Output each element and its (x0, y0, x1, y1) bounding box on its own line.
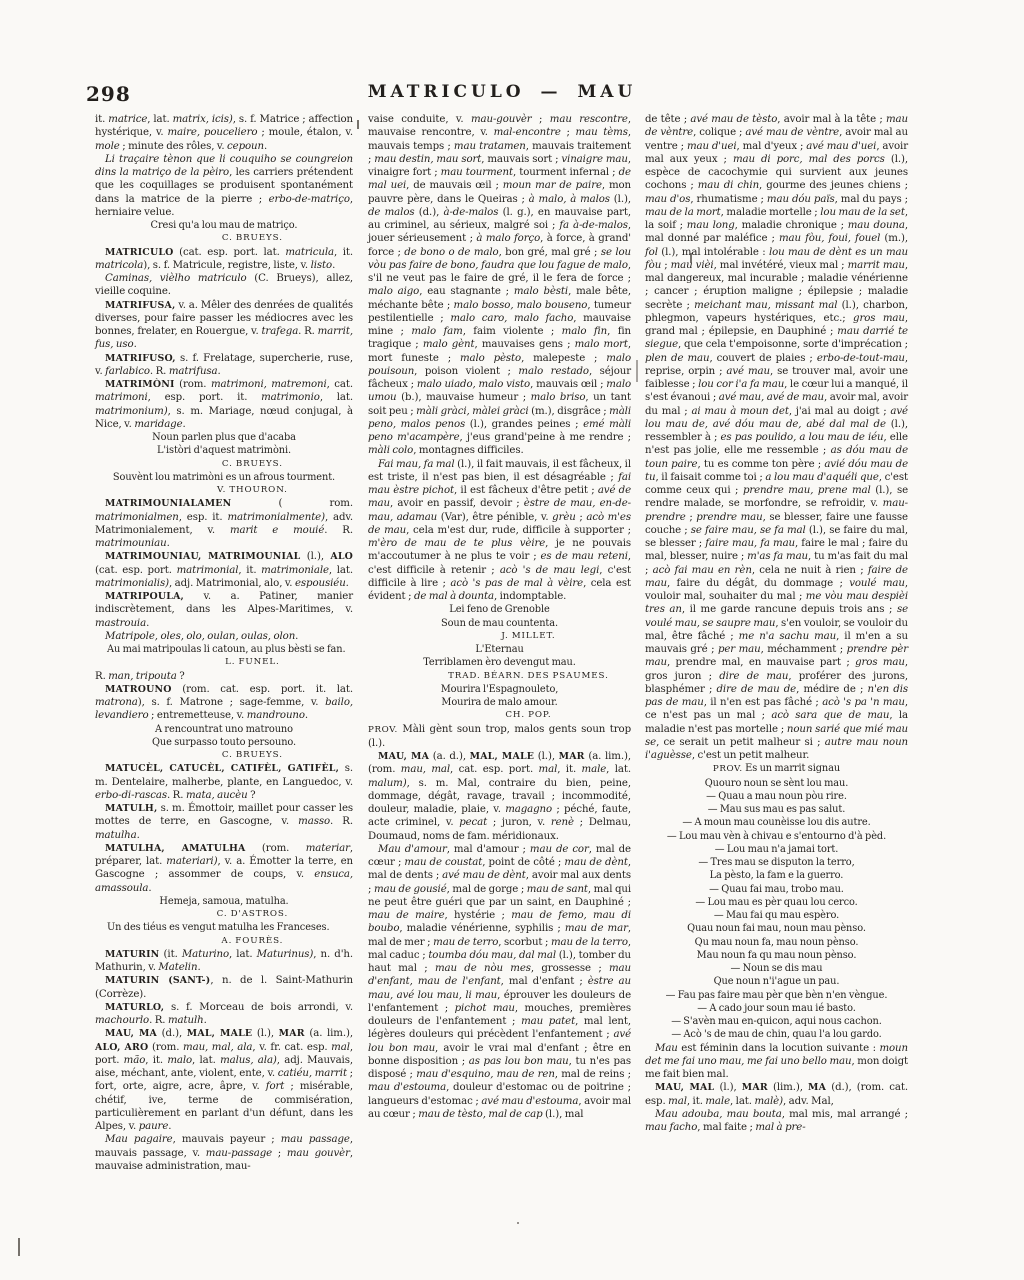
verse-line: Mau noun fa qu mau noun pènso. (645, 949, 908, 962)
verse-line: La pèsto, la fam e la guerro. (645, 869, 908, 882)
print-artifact (357, 120, 359, 129)
entry-paragraph: Li traçaire tènon que li couquiho se cou… (95, 153, 353, 219)
proverbs-block: PROV. Es un marrit signauQuouro noun se … (645, 762, 908, 1041)
entry-paragraph: Caminas, vièlho matriculo (C. Brueys), a… (95, 272, 353, 299)
verse-quote: Cresi qu'a lou mau de matriço. (95, 219, 353, 232)
print-artifact (690, 253, 692, 263)
verse-line: Que surpasso touto persouno. (95, 736, 353, 749)
verse-line: Hemeja, samoua, matulha. (95, 895, 353, 908)
verse-line: — Acò 's de mau de chin, quau l'a lou ga… (645, 1028, 908, 1041)
verse-quote: A rencountrat uno matrounoQue surpasso t… (95, 723, 353, 750)
attribution: TRAD. BÉARN. DES PSAUMES. (368, 670, 631, 683)
entry-paragraph: PROV. Màli gènt soun trop, malos gents s… (368, 723, 631, 751)
verse-line: — Mau fai qu mau espèro. (645, 909, 908, 922)
page-header: MATRICULO — MAU (0, 82, 1004, 102)
entry-paragraph: MATRIMOUNIAU, MATRIMOUNIAL (l.), ALO (ca… (95, 550, 353, 590)
entry-paragraph: MAU, MAL (l.), MAR (lim.), MA (d.), (rom… (645, 1081, 908, 1108)
verse-line: — Lou mau n'a jamai tort. (645, 843, 908, 856)
column-1: it. matrice, lat. matrix, icis), s. f. M… (95, 113, 353, 1173)
citation-line: Au mai matripoulas li catoun, au plus bè… (95, 643, 353, 656)
entry-paragraph: it. matrice, lat. matrix, icis), s. f. M… (95, 113, 353, 153)
verse-line: — Quau fai mau, trobo mau. (645, 883, 908, 896)
attribution: CH. POP. (368, 709, 631, 722)
entry-paragraph: MAU, MA (d.), MAL, MALE (l.), MAR (a. li… (95, 1027, 353, 1133)
verse-line: — Lou mau es pèr quau lou cerco. (645, 896, 908, 909)
verse-line: — Tres mau se disputon la terro, (645, 856, 908, 869)
attribution: J. MILLET. (368, 630, 631, 643)
dictionary-page: 298 MATRICULO — MAU it. matrice, lat. ma… (0, 0, 1024, 1280)
entry-paragraph: MATURLO, s. f. Morceau de bois arrondi, … (95, 1001, 353, 1028)
entry-paragraph: MATRIFUSA, v. a. Mêler des denrées de qu… (95, 299, 353, 352)
verse-line: Mourira l'Espagnouleto, (368, 683, 631, 696)
entry-paragraph: vaise conduite, v. mau-gouvèr ; mau resc… (368, 113, 631, 458)
verse-line: Soun de mau countenta. (368, 617, 631, 630)
column-2: vaise conduite, v. mau-gouvèr ; mau resc… (368, 113, 631, 1121)
verse-line: — Quau a mau noun pòu rire. (645, 790, 908, 803)
entry-paragraph: MAU, MA (a. d.), MAL, MALE (l.), MAR (a.… (368, 750, 631, 843)
entry-paragraph: Mau pagaire, mauvais payeur ; mau passag… (95, 1133, 353, 1173)
verse-line: — S'avèn mau en-quicon, aqui nous cachon… (645, 1015, 908, 1028)
entry-paragraph: MATRICULO (cat. esp. port. lat. matricul… (95, 246, 353, 273)
column-3: de tête ; avé mau de tèsto, avoir mal à … (645, 113, 908, 1134)
verse-quote: Noun parlen plus que d'acabaL'istòri d'a… (95, 431, 353, 458)
verse-quote: L'EternauTerriblamen èro devengut mau. (368, 643, 631, 670)
attribution: L. FUNEL. (95, 656, 353, 669)
verse-line: — A cado jour soun mau ié basto. (645, 1002, 908, 1015)
verse-line: — A moun mau counèisse lou dis autre. (645, 816, 908, 829)
verse-line: — Fau pas faire mau pèr que bèn n'en vèn… (645, 989, 908, 1002)
verse-quote: Mourira l'Espagnouleto,Mourira de malo a… (368, 683, 631, 710)
print-artifact (636, 360, 638, 382)
entry-paragraph: MATULH, s. m. Émottoir, maillet pour cas… (95, 802, 353, 842)
entry-paragraph: de tête ; avé mau de tèsto, avoir mal à … (645, 113, 908, 762)
verse-line: Que noun n'i'ague un pau. (645, 975, 908, 988)
print-artifact (18, 1238, 20, 1256)
verse-line: Quau noun fai mau, noun mau pènso. (645, 922, 908, 935)
entry-paragraph: MATRIPOULA, v. a. Patiner, manier indisc… (95, 590, 353, 630)
entry-paragraph: MATURIN (it. Maturino, lat. Maturinus), … (95, 948, 353, 975)
verse-quote: Hemeja, samoua, matulha. (95, 895, 353, 908)
entry-paragraph: Mau est féminin dans la locution suivant… (645, 1042, 908, 1082)
verse-line: Mourira de malo amour. (368, 696, 631, 709)
verse-line: — Lou mau vèn à chivau e s'entourno d'à … (645, 830, 908, 843)
verse-line: L'Eternau (368, 643, 631, 656)
attribution: C. BRUEYS. (95, 232, 353, 245)
entry-paragraph: MATROUNO (rom. cat. esp. port. it. lat. … (95, 683, 353, 723)
entry-paragraph: MATURIN (SANT-), n. de l. Saint-Mathurin… (95, 974, 353, 1001)
entry-paragraph: MATRIFUSO, s. f. Frelatage, supercherie,… (95, 352, 353, 379)
entry-paragraph: MATRIMOUNIALAMEN ( rom. matrimonialmen, … (95, 497, 353, 550)
entry-paragraph: MATRIMÒNI (rom. matrimoni, matremoni, ca… (95, 378, 353, 431)
verse-line: Noun parlen plus que d'acaba (95, 431, 353, 444)
verse-line: Qu mau noun fa, mau noun pènso. (645, 936, 908, 949)
verse-line: — Noun se dis mau (645, 962, 908, 975)
attribution: A. FOURÈS. (95, 935, 353, 948)
entry-paragraph: Mau d'amour, mal d'amour ; mau de cor, m… (368, 843, 631, 1121)
verse-line: PROV. Es un marrit signau (645, 762, 908, 776)
verse-line: Terriblamen èro devengut mau. (368, 656, 631, 669)
attribution: C. BRUEYS. (95, 458, 353, 471)
attribution: C. BRUEYS. (95, 749, 353, 762)
verse-line: — Mau sus mau es pas salut. (645, 803, 908, 816)
entry-paragraph: Matripole, oles, olo, oulan, oulas, olon… (95, 630, 353, 643)
entry-paragraph: Mau adouba, mau bouta, mal mis, mal arra… (645, 1108, 908, 1135)
citation-line: Un des tiéus es vengut matulha les Franc… (95, 921, 353, 934)
verse-line: Cresi qu'a lou mau de matriço. (95, 219, 353, 232)
verse-line: Lei feno de Grenoble (368, 603, 631, 616)
entry-paragraph: MATUCÈL, CATUCÈL, CATIFÈL, GATIFÈL, s. m… (95, 762, 353, 802)
verse-line: Quouro noun se sènt lou mau. (645, 777, 908, 790)
attribution: V. THOURON. (95, 484, 353, 497)
verse-line: L'istòri d'aquest matrimòni. (95, 444, 353, 457)
entry-paragraph: MATULHA, AMATULHA (rom. materiar, prépar… (95, 842, 353, 895)
print-artifact (517, 1222, 519, 1224)
verse-line: Souvènt lou matrimòni es un afrous tourm… (95, 471, 353, 484)
attribution: C. D'ASTROS. (95, 908, 353, 921)
entry-paragraph: Fai mau, fa mal (l.), il fait mauvais, i… (368, 458, 631, 604)
entry-paragraph: R. man, tripouta ? (95, 670, 353, 683)
verse-line: A rencountrat uno matrouno (95, 723, 353, 736)
verse-quote: Souvènt lou matrimòni es un afrous tourm… (95, 471, 353, 484)
verse-quote: Lei feno de GrenobleSoun de mau countent… (368, 603, 631, 630)
